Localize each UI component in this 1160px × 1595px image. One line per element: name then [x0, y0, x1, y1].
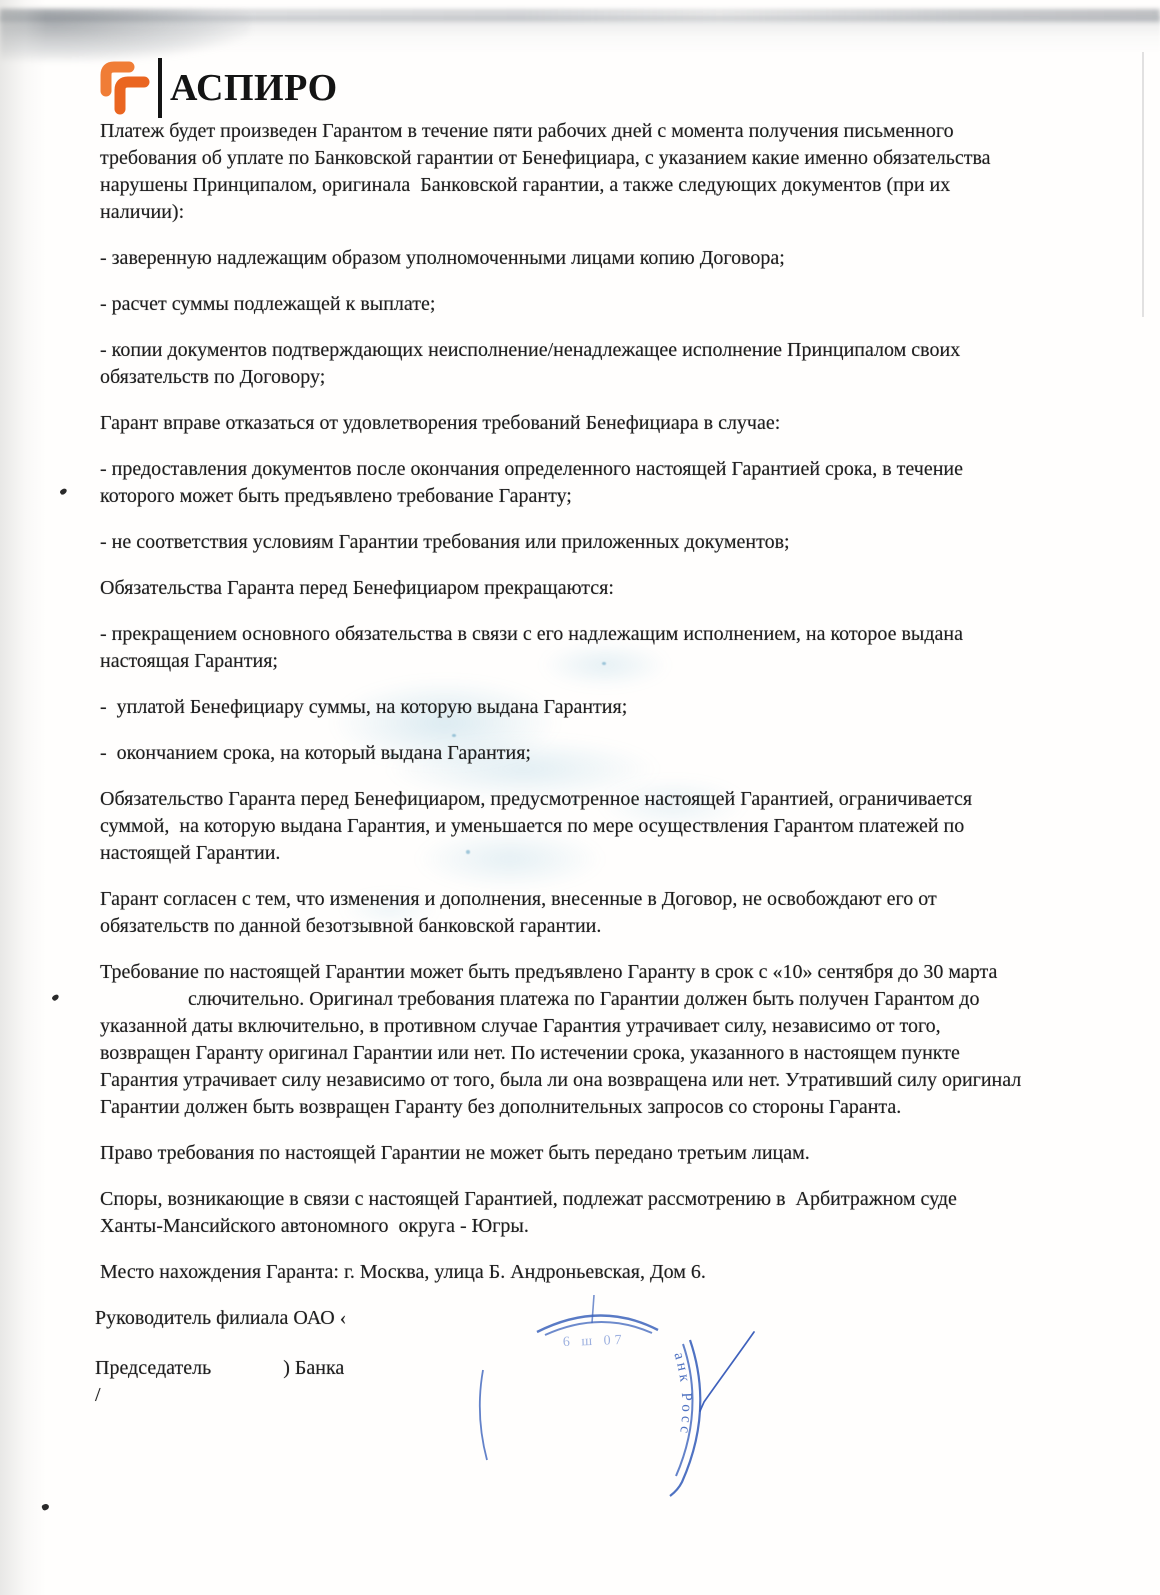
paragraph: Обязательства Гаранта перед Бенефициаром…	[100, 575, 1022, 602]
paragraph: - копии документов подтверждающих неиспо…	[100, 337, 1022, 391]
paragraph: Платеж будет произведен Гарантом в течен…	[100, 118, 1022, 226]
paragraph: Обязательство Гаранта перед Бенефициаром…	[100, 786, 1022, 867]
paragraph: - не соответствия условиям Гарантии треб…	[100, 529, 1022, 556]
paragraph: Гарант вправе отказаться от удовлетворен…	[100, 410, 1022, 437]
paragraph: - расчет суммы подлежащей к выплате;	[100, 291, 1022, 318]
paragraph: Требование по настоящей Гарантии может б…	[100, 959, 1022, 1121]
paragraph: - предоставления документов после оконча…	[100, 456, 1022, 510]
signature-slash: /	[95, 1382, 1160, 1409]
paragraph: Споры, возникающие в связи с настоящей Г…	[100, 1186, 1022, 1240]
signatory-title-1: Руководитель филиала ОАО ‹	[95, 1305, 1160, 1332]
signatory-title-2: Председатель) Банка	[95, 1355, 1160, 1382]
scan-speck	[41, 1503, 50, 1511]
paragraph: - прекращением основного обязательства в…	[100, 621, 1022, 675]
signature-block: Руководитель филиала ОАО ‹ Председатель)…	[95, 1305, 1160, 1409]
paragraph: - уплатой Бенефициару суммы, на которую …	[100, 694, 1022, 721]
signatory-bank: ) Банка	[283, 1357, 344, 1379]
scanned-document-page: АСПИРО Платеж будет произведен Гарантом …	[0, 0, 1160, 1595]
paragraph: - окончанием срока, на который выдана Га…	[100, 740, 1022, 767]
paragraph: Гарант согласен с тем, что изменения и д…	[100, 886, 1022, 940]
paragraph: - заверенную надлежащим образом уполномо…	[100, 245, 1022, 272]
document-body: Платеж будет произведен Гарантом в течен…	[0, 0, 1022, 1286]
scan-right-edge-line	[1142, 52, 1144, 317]
signatory-role: Председатель	[95, 1357, 211, 1379]
paragraph: Место нахождения Гаранта: г. Москва, ули…	[100, 1259, 1022, 1286]
paragraph: Право требования по настоящей Гарантии н…	[100, 1140, 1022, 1167]
